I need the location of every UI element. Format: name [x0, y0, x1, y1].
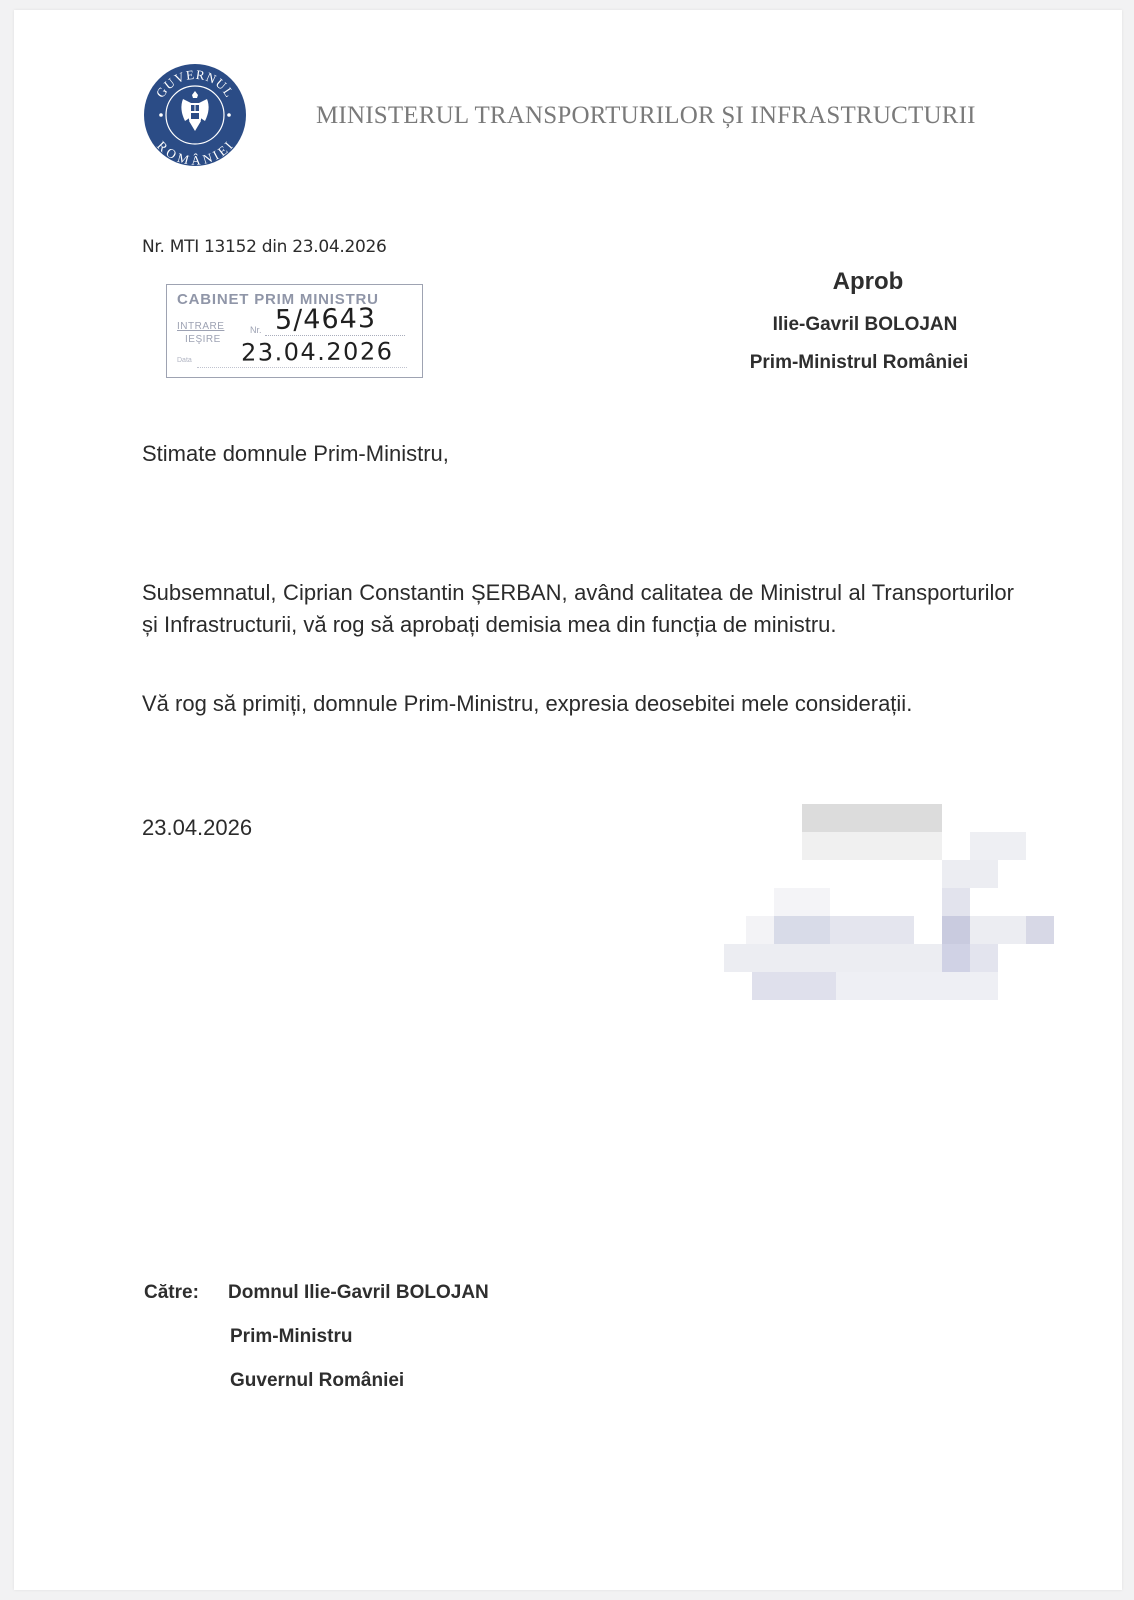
document-page: GUVERNUL ROMÂNIEI MINISTERUL TRANSPORTU — [14, 10, 1122, 1590]
ministry-title: MINISTERUL TRANSPORTURILOR ȘI INFRASTRUC… — [316, 102, 976, 130]
handwritten-registry-number: 5/4643 — [275, 303, 377, 336]
recipient-label: Către: — [144, 1282, 199, 1304]
recipient-role: Prim-Ministru — [230, 1326, 352, 1348]
registration-number: Nr. MTI 13152 din 23.04.2026 — [142, 237, 387, 257]
letter-paragraph: Vă rog să primiți, domnule Prim-Ministru… — [142, 688, 1014, 720]
approval-heading: Aprob — [732, 268, 1004, 296]
stamp-data-label: Data — [177, 357, 192, 364]
recipient-name: Domnul Ilie-Gavril BOLOJAN — [228, 1282, 489, 1304]
letter-date: 23.04.2026 — [142, 815, 252, 841]
handwritten-registry-date: 23.04.2026 — [241, 337, 394, 366]
letter-greeting: Stimate domnule Prim-Ministru, — [142, 441, 449, 467]
approver-role: Prim-Ministrul României — [714, 352, 1004, 374]
approval-block: Aprob Ilie-Gavril BOLOJAN Prim-Ministrul… — [714, 268, 1004, 374]
stamp-intrare-label: INTRARE — [177, 321, 224, 332]
letter-paragraph: Subsemnatul, Ciprian Constantin ȘERBAN, … — [142, 577, 1014, 641]
stamp-iesire-label: IEŞIRE — [185, 334, 221, 345]
approver-name: Ilie-Gavril BOLOJAN — [726, 314, 1004, 336]
stamp-dotted-line — [197, 367, 407, 368]
stamp-nr-label: Nr. — [250, 325, 262, 335]
registry-stamp: CABINET PRIM MINISTRU INTRARE IEŞIRE Nr.… — [166, 284, 423, 378]
government-seal-icon: GUVERNUL ROMÂNIEI — [143, 63, 247, 167]
recipient-institution: Guvernul României — [230, 1370, 404, 1392]
redacted-signature — [724, 804, 1084, 1004]
